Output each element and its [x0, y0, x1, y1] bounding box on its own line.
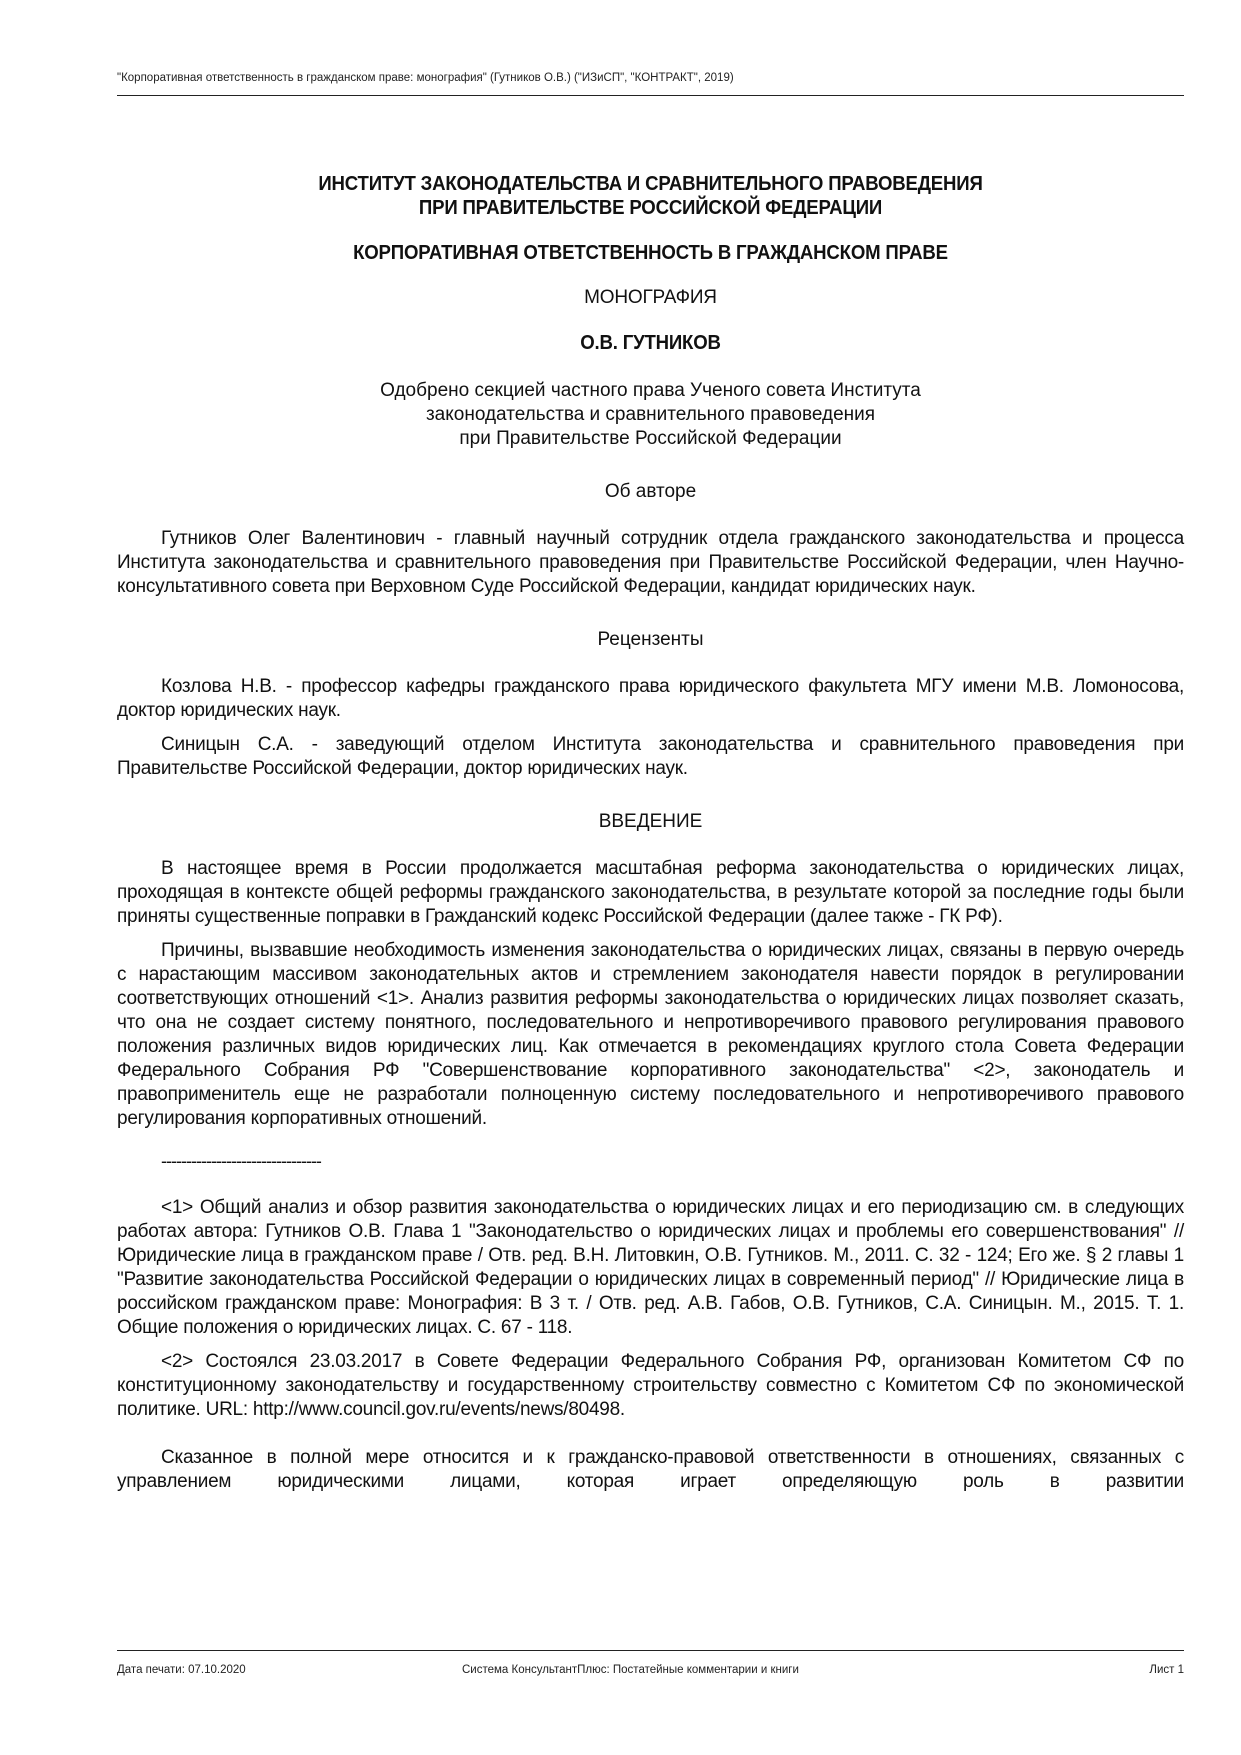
genre-label: МОНОГРАФИЯ	[117, 287, 1184, 309]
introduction-heading: ВВЕДЕНИЕ	[117, 811, 1184, 833]
about-author-text: Гутников Олег Валентинович - главный нау…	[117, 527, 1184, 599]
approval-line-2: законодательства и сравнительного правов…	[117, 403, 1184, 427]
page-number: Лист 1	[1149, 1664, 1184, 1676]
book-title: КОРПОРАТИВНАЯ ОТВЕТСТВЕННОСТЬ В ГРАЖДАНС…	[154, 241, 1146, 265]
intro-paragraph: В настоящее время в России продолжается …	[117, 857, 1184, 929]
approval-line-1: Одобрено секцией частного права Ученого …	[117, 379, 1184, 403]
document-body: ИНСТИТУТ ЗАКОНОДАТЕЛЬСТВА И СРАВНИТЕЛЬНО…	[117, 172, 1184, 1494]
institute-name-line2: ПРИ ПРАВИТЕЛЬСТВЕ РОССИЙСКОЙ ФЕДЕРАЦИИ	[154, 196, 1146, 220]
approval-line-3: при Правительстве Российской Федерации	[117, 427, 1184, 451]
footnote-separator: --------------------------------	[161, 1151, 1184, 1172]
footnote-2: <2> Состоялся 23.03.2017 в Совете Федера…	[117, 1350, 1184, 1422]
reviewer-item: Козлова Н.В. - профессор кафедры граждан…	[117, 675, 1184, 723]
continuation-paragraph: Сказанное в полной мере относится и к гр…	[117, 1446, 1184, 1494]
institute-name-line1: ИНСТИТУТ ЗАКОНОДАТЕЛЬСТВА И СРАВНИТЕЛЬНО…	[154, 172, 1146, 196]
header-divider	[117, 95, 1184, 96]
system-name: Система КонсультантПлюс: Постатейные ком…	[462, 1664, 799, 1676]
approval-note: Одобрено секцией частного права Ученого …	[117, 379, 1184, 451]
running-header: "Корпоративная ответственность в граждан…	[117, 72, 1184, 84]
about-author-heading: Об авторе	[117, 481, 1184, 503]
print-date: Дата печати: 07.10.2020	[117, 1664, 246, 1676]
author-name: О.В. ГУТНИКОВ	[154, 331, 1146, 355]
intro-paragraph: Причины, вызвавшие необходимость изменен…	[117, 939, 1184, 1131]
footer-divider	[117, 1650, 1184, 1651]
reviewers-heading: Рецензенты	[117, 629, 1184, 651]
footnote-1: <1> Общий анализ и обзор развития законо…	[117, 1196, 1184, 1340]
reviewer-item: Синицын С.А. - заведующий отделом Инстит…	[117, 733, 1184, 781]
